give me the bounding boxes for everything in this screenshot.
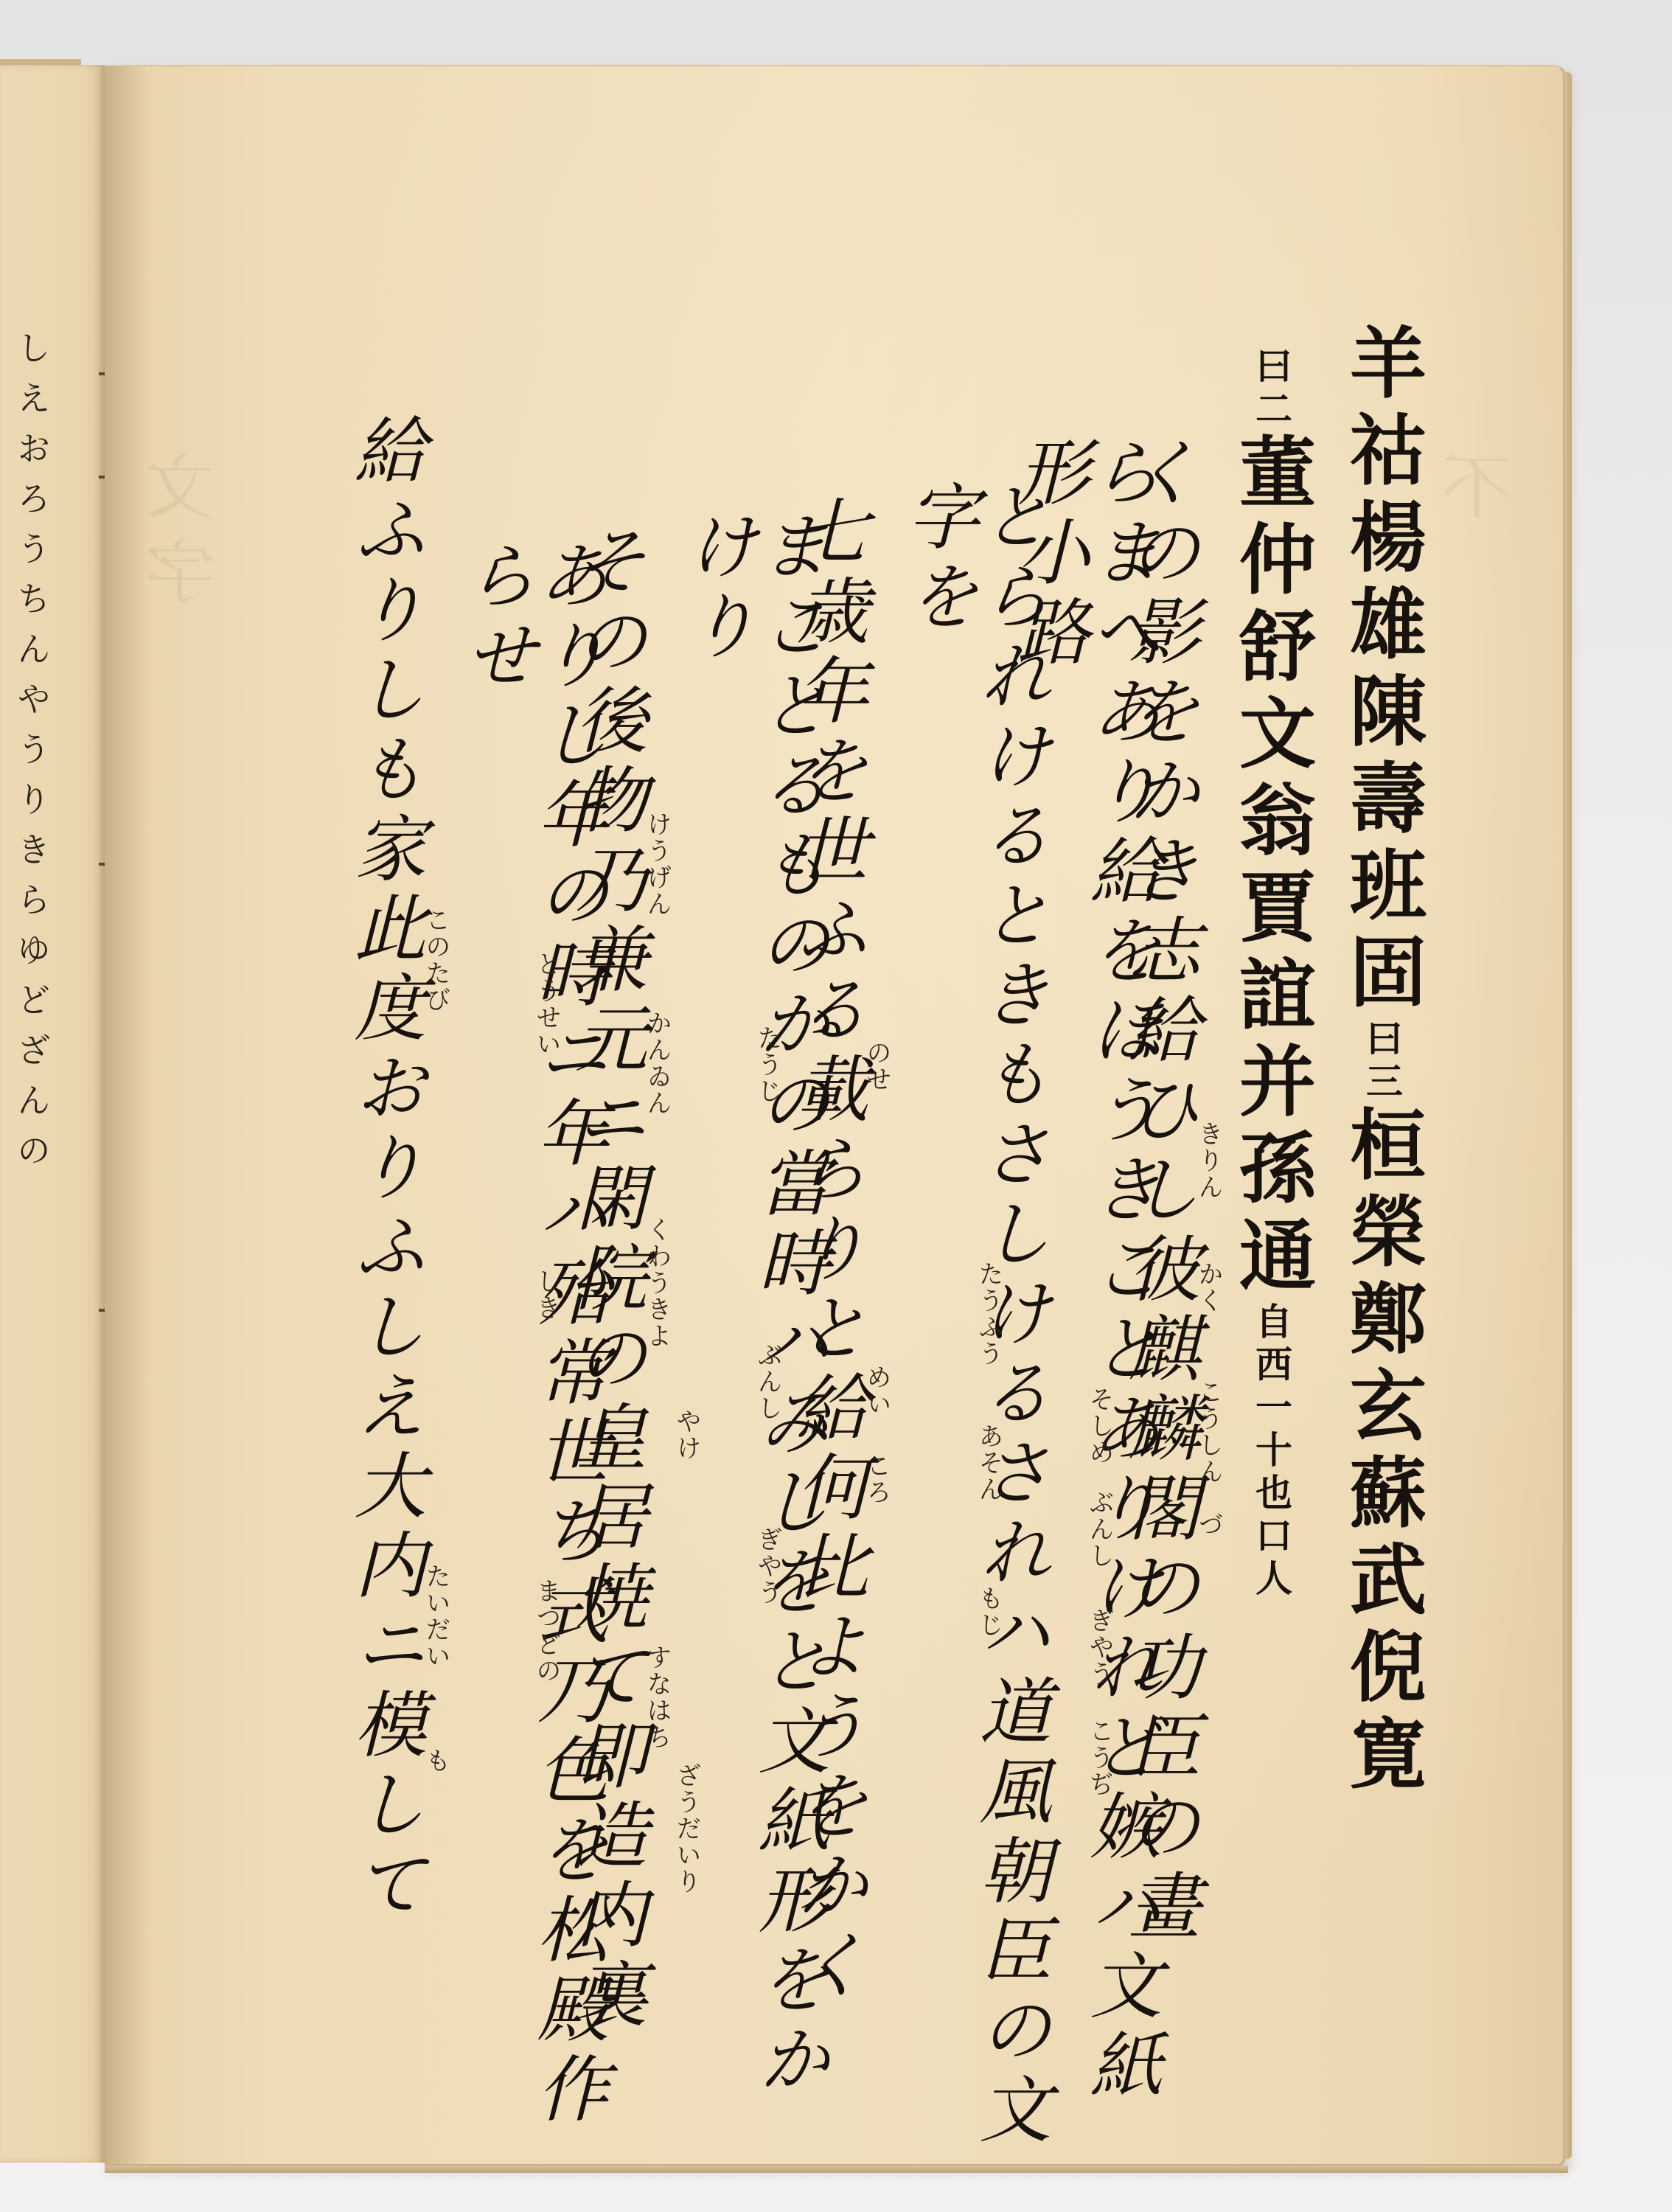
text-column-7: まことるものかの當時ハみしをと文紙形をかけり <box>680 509 824 2164</box>
furigana: ぎやう <box>755 1526 780 1606</box>
furigana: めい <box>864 1364 889 1417</box>
column-annotation: 曰三 <box>1360 1019 1404 1105</box>
column-annotation: 曰二 <box>1250 347 1293 432</box>
furigana: こうしん <box>1196 1379 1221 1485</box>
furigana: づ <box>1196 1512 1221 1538</box>
furigana: もじ <box>976 1585 1001 1638</box>
page-edge-right <box>1564 72 1572 2159</box>
furigana: きりん <box>1196 1121 1221 1200</box>
furigana: ざうだいり <box>674 1762 699 1895</box>
text-column-9: ありし年の時ニ年ハ殆常世ち式乃色を松殿作らせ <box>459 538 603 2164</box>
furigana: ぶんし <box>755 1342 780 1422</box>
furigana: そしめ <box>1087 1386 1112 1466</box>
text-column-5: とられけるときもさしけるされハ道風朝臣の文字を <box>901 479 1045 2164</box>
furigana: やけ <box>674 1408 699 1461</box>
furigana: こうぢ <box>1087 1718 1112 1798</box>
show-through-bleed: 不 <box>1432 450 1533 535</box>
furigana: たうふう <box>976 1261 1001 1367</box>
furigana: しき <box>534 1268 559 1321</box>
furigana: たいだい <box>423 1563 448 1669</box>
furigana: とうせい <box>534 951 559 1057</box>
furigana: も <box>423 1747 448 1774</box>
page-edge-bottom <box>105 2166 1568 2173</box>
furigana: ぎやう <box>1087 1607 1112 1687</box>
furigana: くわうきよ <box>644 1217 669 1349</box>
show-through-bleed: 文字 <box>134 450 235 621</box>
furigana: ぶんし <box>1087 1489 1112 1569</box>
text-column-2: 曰二董仲舒文翁賈誼并孫通自西一十也口人 <box>1233 347 1309 1601</box>
furigana: かく <box>1196 1261 1221 1314</box>
furigana: このたび <box>423 907 448 1013</box>
gutter-shadow <box>105 66 149 2164</box>
furigana: のせ <box>864 1040 889 1093</box>
main-page: 文字 不 羊祜楊雄陳壽班固曰三桓榮鄭玄蘇武倪寛 曰二董仲舒文翁賈誼并孫通自西一十… <box>105 65 1565 2166</box>
furigana: たうじ <box>755 1025 780 1105</box>
furigana: けうげん <box>644 811 669 917</box>
text-column-10: 給ふりしも家此度おりふしえ大内ニ模して <box>348 413 420 1926</box>
left-page-text-fragment: しえおろうちんやうりきらゆどざんの <box>15 330 49 1183</box>
furigana: まつどの <box>534 1578 559 1684</box>
text-column-1: 羊祜楊雄陳壽班固曰三桓榮鄭玄蘇武倪寛 <box>1343 323 1420 1801</box>
furigana: あそん <box>976 1423 1001 1503</box>
furigana: ころ <box>864 1453 889 1506</box>
furigana: かんゐん <box>644 1010 669 1116</box>
furigana: すなはち <box>644 1644 669 1750</box>
left-facing-page: しえおろうちんやうりきらゆどざんの <box>0 65 106 2163</box>
